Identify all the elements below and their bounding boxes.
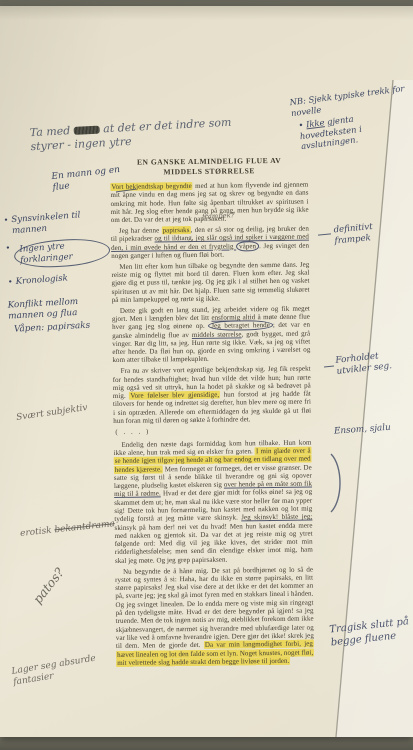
photo-of-annotated-page: EN GANSKE ALMINDELIG FLUE AV MIDDELS STØ… [0,0,413,750]
printed-text-column: EN GANSKE ALMINDELIG FLUE AV MIDDELS STØ… [110,156,314,670]
bullet-dot: • [3,215,8,225]
bullet-label-ingen-ytre-circled: Ingen ytre forklaringer [13,237,111,270]
text-segment: Nu begyndte de å håne mig. De sat på bor… [115,565,314,650]
left-bullet-list: • Synsvinkelen til mannen • Ingen ytre f… [3,208,112,295]
document-page: EN GANSKE ALMINDELIG FLUE AV MIDDELS STØ… [0,6,413,737]
text-segment: Men litt efter kom hun tilbake og begynd… [111,260,309,304]
omission-ellipsis: ( . . . ) [115,426,311,437]
paragraph-6: Endelig den næste dags formiddag kom hun… [113,438,313,565]
paragraph-4: Dette gik godt en lang stund, jeg arbeid… [112,304,311,364]
text-segment-circle: våpen [236,241,259,251]
text-segment: erotisk [20,525,55,539]
paragraph-7: Nu begyndte de å håne mig. De sat på bor… [115,565,314,667]
paragraph-3: Men litt efter kom hun tilbake og begynd… [111,260,309,304]
text-segment-ul: middels størrelse [192,330,242,339]
note-inline-frampek-question: frampek? [202,211,235,221]
paragraph-2: Jeg har denne papirsaks, den er så stor … [111,225,309,261]
bullet-label-kronologisk: Kronologisk [15,273,68,287]
text-segment-hl: papirsaks [162,226,191,234]
text-segment: skinsyk på ham der! nei vet du hvad! Men… [114,521,312,565]
paragraph-5: Fra nu av skriver vort egentlige bekjend… [113,365,312,425]
bullet-item-kronologisk: • Kronologisk [8,270,112,288]
bullet-dot: • [8,277,13,287]
margin-brace-mark [328,452,348,514]
text-segment: Jeg har denne [119,226,162,235]
top-note-part1: Ta med [29,124,70,139]
bullet-item-ingen-ytre: • Ingen ytre forklaringer [5,237,111,271]
bullet-dot: • [5,244,10,254]
scribbled-out-word [74,126,100,135]
story-title: EN GANSKE ALMINDELIG FLUE AV MIDDELS STØ… [110,156,308,177]
